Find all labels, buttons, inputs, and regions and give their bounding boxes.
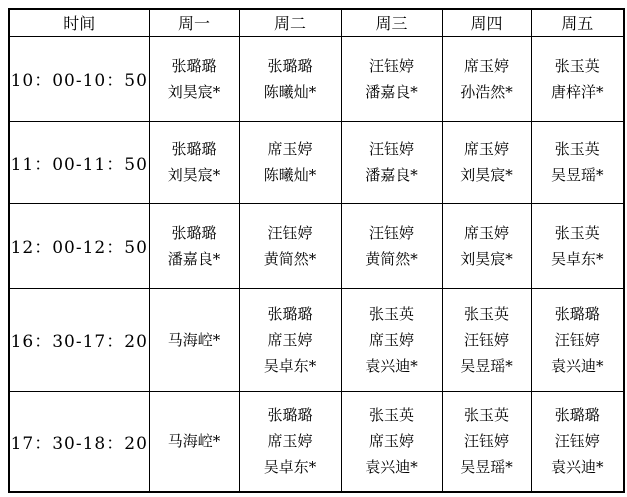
teacher-name: 潘嘉良* (342, 79, 442, 105)
teacher-name: 袁兴迪* (532, 353, 624, 379)
header-thursday: 周四 (442, 9, 531, 36)
cell-thursday: 张玉英 汪钰婷 吴昱瑶* (442, 391, 531, 492)
cell-friday: 张璐璐 汪钰婷 袁兴迪* (531, 391, 624, 492)
teacher-name: 席玉婷 (240, 327, 341, 353)
teacher-name: 潘嘉良* (342, 162, 442, 188)
teacher-name: 马海崆* (150, 327, 239, 353)
teacher-name: 张璐璐 (532, 301, 624, 327)
teacher-name: 张玉英 (443, 402, 531, 428)
header-tuesday: 周二 (239, 9, 341, 36)
teacher-name: 吴卓东* (532, 246, 624, 272)
teacher-name: 张玉英 (443, 301, 531, 327)
cell-tuesday: 张璐璐 陈曦灿* (239, 36, 341, 121)
time-cell: 17：30-18：20 (9, 391, 149, 492)
teacher-name: 席玉婷 (240, 428, 341, 454)
teacher-name: 席玉婷 (443, 136, 531, 162)
header-monday: 周一 (149, 9, 239, 36)
header-row: 时间 周一 周二 周三 周四 周五 (9, 9, 624, 36)
cell-thursday: 张玉英 汪钰婷 吴昱瑶* (442, 288, 531, 391)
table-row: 11：00-11：50 张璐璐 刘昊宸* 席玉婷 陈曦灿* 汪钰婷 潘嘉良* 席… (9, 121, 624, 203)
header-wednesday: 周三 (341, 9, 442, 36)
teacher-name: 吴昱瑶* (443, 353, 531, 379)
teacher-name: 席玉婷 (342, 327, 442, 353)
time-cell: 11：00-11：50 (9, 121, 149, 203)
schedule-table: 时间 周一 周二 周三 周四 周五 10：00-10：50 张璐璐 刘昊宸* 张… (8, 8, 625, 493)
teacher-name: 袁兴迪* (342, 353, 442, 379)
cell-friday: 张玉英 唐梓洋* (531, 36, 624, 121)
cell-monday: 马海崆* (149, 288, 239, 391)
teacher-name: 汪钰婷 (532, 327, 624, 353)
teacher-name: 张璐璐 (150, 53, 239, 79)
teacher-name: 吴昱瑶* (443, 454, 531, 480)
cell-wednesday: 张玉英 席玉婷 袁兴迪* (341, 288, 442, 391)
teacher-name: 张玉英 (342, 402, 442, 428)
teacher-name: 唐梓洋* (532, 79, 624, 105)
teacher-name: 陈曦灿* (240, 162, 341, 188)
teacher-name: 孙浩然* (443, 79, 531, 105)
cell-thursday: 席玉婷 孙浩然* (442, 36, 531, 121)
teacher-name: 席玉婷 (443, 220, 531, 246)
teacher-name: 陈曦灿* (240, 79, 341, 105)
cell-tuesday: 汪钰婷 黄简然* (239, 203, 341, 288)
teacher-name: 席玉婷 (443, 53, 531, 79)
teacher-name: 席玉婷 (240, 136, 341, 162)
teacher-name: 袁兴迪* (342, 454, 442, 480)
teacher-name: 吴卓东* (240, 454, 341, 480)
teacher-name: 张玉英 (342, 301, 442, 327)
teacher-name: 黄简然* (342, 246, 442, 272)
teacher-name: 刘昊宸* (443, 162, 531, 188)
teacher-name: 吴卓东* (240, 353, 341, 379)
teacher-name: 张璐璐 (240, 402, 341, 428)
cell-friday: 张玉英 吴昱瑶* (531, 121, 624, 203)
cell-monday: 张璐璐 刘昊宸* (149, 121, 239, 203)
cell-wednesday: 张玉英 席玉婷 袁兴迪* (341, 391, 442, 492)
teacher-name: 张玉英 (532, 136, 624, 162)
teacher-name: 张玉英 (532, 220, 624, 246)
cell-wednesday: 汪钰婷 潘嘉良* (341, 121, 442, 203)
teacher-name: 吴昱瑶* (532, 162, 624, 188)
cell-thursday: 席玉婷 刘昊宸* (442, 121, 531, 203)
time-cell: 12：00-12：50 (9, 203, 149, 288)
table-row: 10：00-10：50 张璐璐 刘昊宸* 张璐璐 陈曦灿* 汪钰婷 潘嘉良* 席… (9, 36, 624, 121)
teacher-name: 张璐璐 (240, 53, 341, 79)
header-time: 时间 (9, 9, 149, 36)
teacher-name: 张璐璐 (150, 220, 239, 246)
time-cell: 10：00-10：50 (9, 36, 149, 121)
cell-monday: 张璐璐 潘嘉良* (149, 203, 239, 288)
header-friday: 周五 (531, 9, 624, 36)
teacher-name: 刘昊宸* (150, 162, 239, 188)
teacher-name: 刘昊宸* (443, 246, 531, 272)
teacher-name: 张璐璐 (240, 301, 341, 327)
teacher-name: 张璐璐 (532, 402, 624, 428)
teacher-name: 汪钰婷 (443, 428, 531, 454)
teacher-name: 汪钰婷 (342, 220, 442, 246)
cell-thursday: 席玉婷 刘昊宸* (442, 203, 531, 288)
table-row: 16：30-17：20 马海崆* 张璐璐 席玉婷 吴卓东* 张玉英 席玉婷 袁兴… (9, 288, 624, 391)
teacher-name: 汪钰婷 (443, 327, 531, 353)
time-cell: 16：30-17：20 (9, 288, 149, 391)
cell-monday: 马海崆* (149, 391, 239, 492)
teacher-name: 席玉婷 (342, 428, 442, 454)
teacher-name: 汪钰婷 (240, 220, 341, 246)
teacher-name: 汪钰婷 (342, 53, 442, 79)
teacher-name: 马海崆* (150, 428, 239, 454)
cell-monday: 张璐璐 刘昊宸* (149, 36, 239, 121)
cell-tuesday: 席玉婷 陈曦灿* (239, 121, 341, 203)
teacher-name: 刘昊宸* (150, 79, 239, 105)
cell-friday: 张玉英 吴卓东* (531, 203, 624, 288)
teacher-name: 潘嘉良* (150, 246, 239, 272)
teacher-name: 汪钰婷 (532, 428, 624, 454)
teacher-name: 张璐璐 (150, 136, 239, 162)
cell-friday: 张璐璐 汪钰婷 袁兴迪* (531, 288, 624, 391)
table-row: 17：30-18：20 马海崆* 张璐璐 席玉婷 吴卓东* 张玉英 席玉婷 袁兴… (9, 391, 624, 492)
teacher-name: 张玉英 (532, 53, 624, 79)
teacher-name: 黄简然* (240, 246, 341, 272)
cell-wednesday: 汪钰婷 潘嘉良* (341, 36, 442, 121)
cell-tuesday: 张璐璐 席玉婷 吴卓东* (239, 288, 341, 391)
cell-tuesday: 张璐璐 席玉婷 吴卓东* (239, 391, 341, 492)
table-row: 12：00-12：50 张璐璐 潘嘉良* 汪钰婷 黄简然* 汪钰婷 黄简然* 席… (9, 203, 624, 288)
teacher-name: 汪钰婷 (342, 136, 442, 162)
timetable-sheet: 时间 周一 周二 周三 周四 周五 10：00-10：50 张璐璐 刘昊宸* 张… (0, 0, 627, 497)
cell-wednesday: 汪钰婷 黄简然* (341, 203, 442, 288)
teacher-name: 袁兴迪* (532, 454, 624, 480)
